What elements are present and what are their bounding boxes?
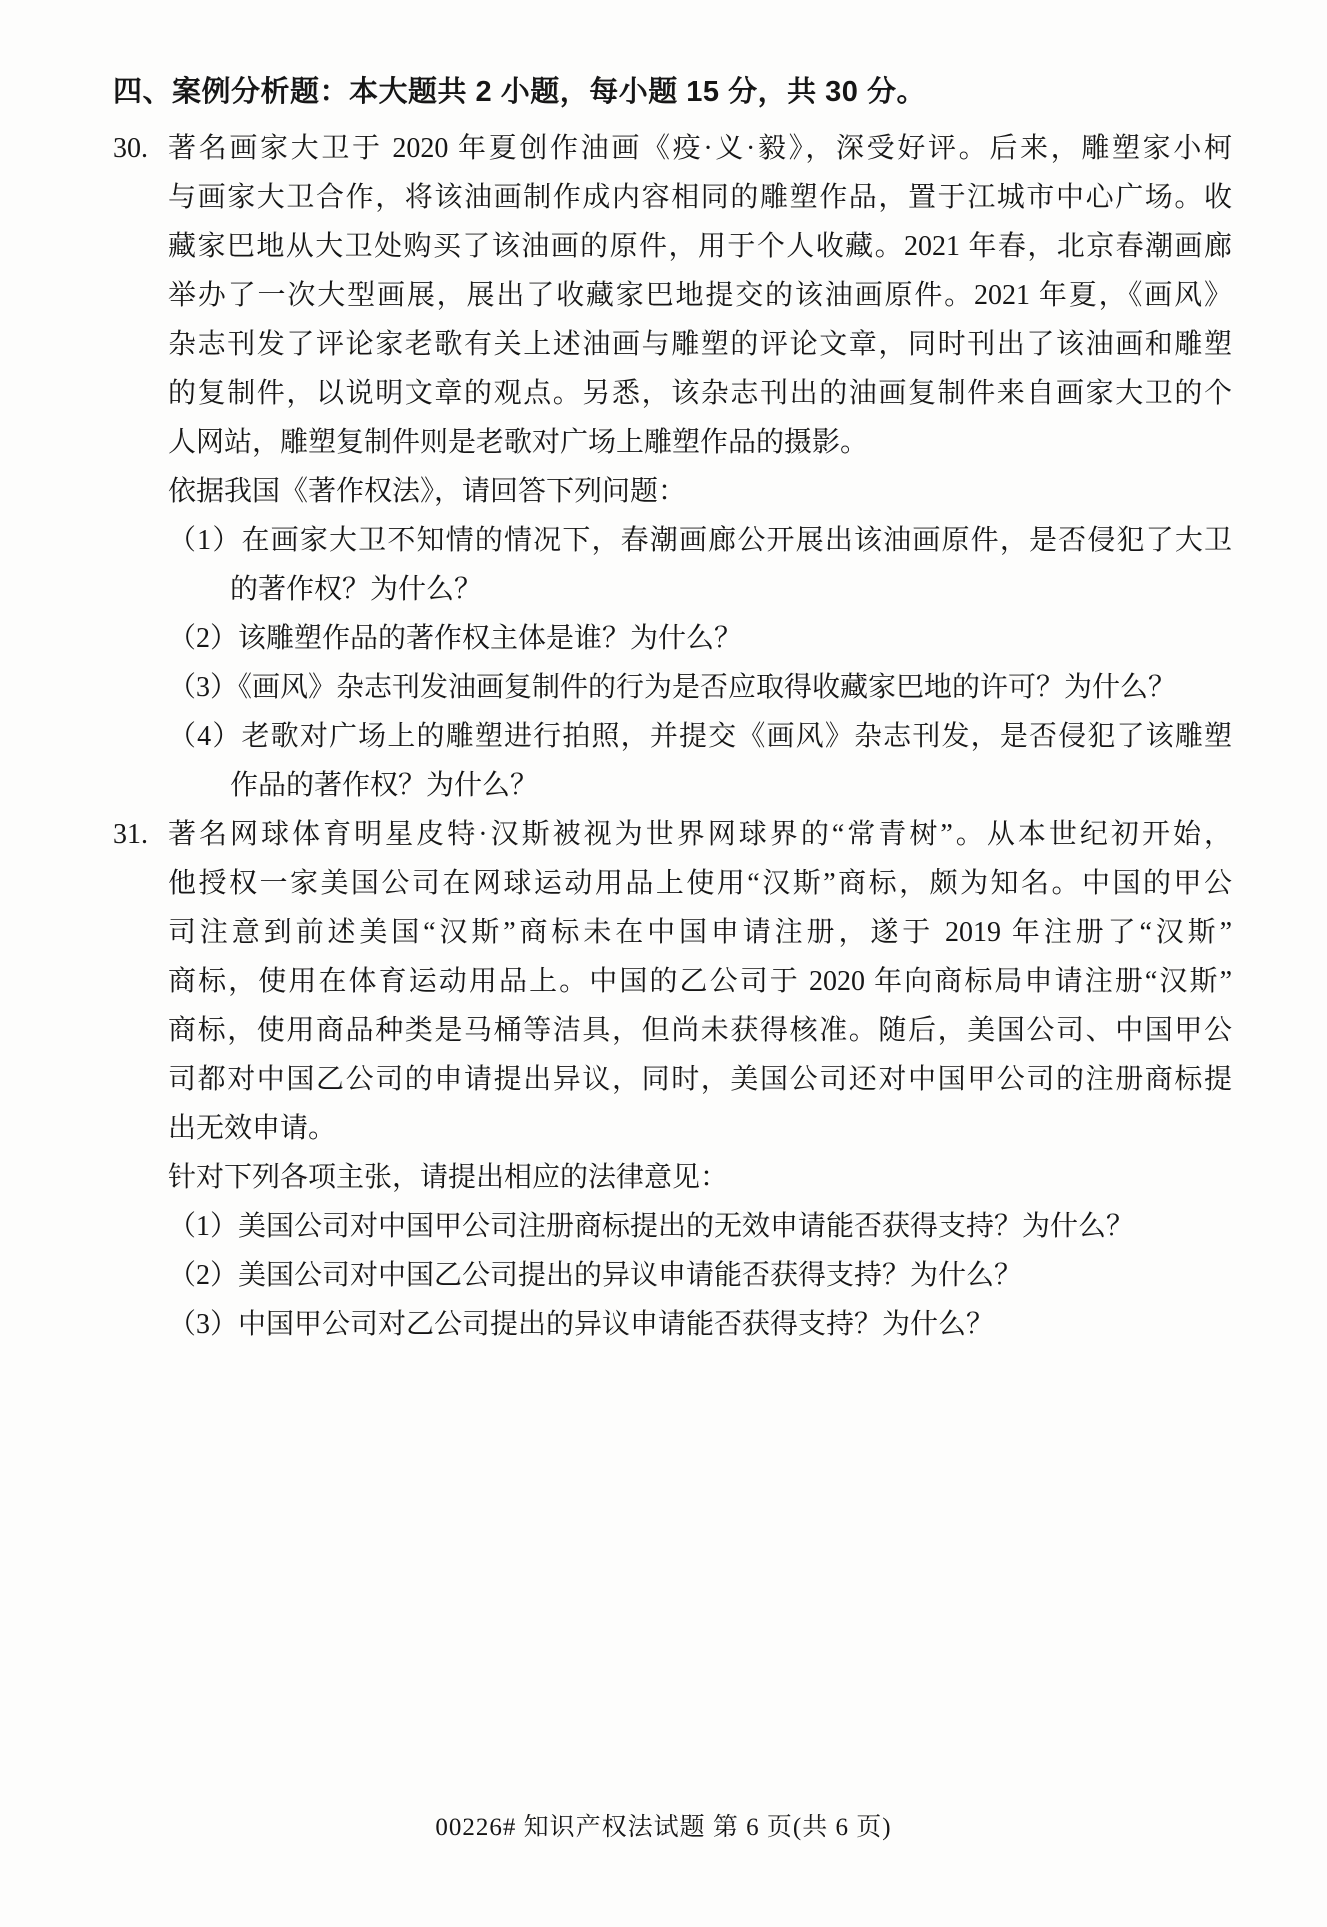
case-text-line: 与画家大卫合作，将该油画制作成内容相同的雕塑作品，置于江城市中心广场。收: [113, 173, 1232, 222]
question-number: 31.: [113, 810, 148, 859]
case-text-line: 杂志刊发了评论家老歌有关上述油画与雕塑的评论文章，同时刊出了该油画和雕塑: [113, 320, 1232, 369]
case-text-line: 人网站，雕塑复制件则是老歌对广场上雕塑作品的摄影。: [113, 418, 1232, 467]
case-text-line: 出无效申请。: [113, 1104, 1232, 1153]
case-text-line: 的复制件，以说明文章的观点。另悉，该杂志刊出的油画复制件来自画家大卫的个: [113, 369, 1232, 418]
case-text-line: 他授权一家美国公司在网球运动用品上使用“汉斯”商标，颇为知名。中国的甲公: [113, 859, 1232, 908]
case-text: 著名画家大卫于 2020 年夏创作油画《疫·义·毅》，深受好评。后来，雕塑家小柯: [168, 133, 1232, 164]
sub-question-line: （4）老歌对广场上的雕塑进行拍照，并提交《画风》杂志刊发，是否侵犯了该雕塑: [113, 712, 1232, 761]
question-number: 30.: [113, 124, 148, 173]
case-text-line: 31. 著名网球体育明星皮特·汉斯被视为世界网球界的“常青树”。从本世纪初开始，: [113, 810, 1232, 859]
sub-question-line: （3）《画风》杂志刊发油画复制件的行为是否应取得收藏家巴地的许可？为什么？: [113, 663, 1232, 712]
sub-question-line: （2）美国公司对中国乙公司提出的异议申请能否获得支持？为什么？: [113, 1251, 1232, 1300]
case-text-line: 商标，使用在体育运动用品上。中国的乙公司于 2020 年向商标局申请注册“汉斯”: [113, 957, 1232, 1006]
page-footer: 00226# 知识产权法试题 第 6 页(共 6 页): [0, 1808, 1327, 1848]
instruction-line: 依据我国《著作权法》，请回答下列问题：: [113, 467, 1232, 516]
page-content: 四、案例分析题：本大题共 2 小题，每小题 15 分，共 30 分。 30. 著…: [113, 66, 1232, 1349]
case-text-line: 司注意到前述美国“汉斯”商标未在中国申请注册，遂于 2019 年注册了“汉斯”: [113, 908, 1232, 957]
case-text-line: 藏家巴地从大卫处购买了该油画的原件，用于个人收藏。2021 年春，北京春潮画廊: [113, 222, 1232, 271]
case-text: 著名网球体育明星皮特·汉斯被视为世界网球界的“常青树”。从本世纪初开始，: [168, 819, 1232, 850]
sub-question-line: （1）美国公司对中国甲公司注册商标提出的无效申请能否获得支持？为什么？: [113, 1202, 1232, 1251]
case-text-line: 30. 著名画家大卫于 2020 年夏创作油画《疫·义·毅》，深受好评。后来，雕…: [113, 124, 1232, 173]
sub-question-line: 的著作权？为什么？: [113, 565, 1232, 614]
case-text-line: 商标，使用商品种类是马桶等洁具，但尚未获得核准。随后，美国公司、中国甲公: [113, 1006, 1232, 1055]
question-30: 30. 著名画家大卫于 2020 年夏创作油画《疫·义·毅》，深受好评。后来，雕…: [113, 124, 1232, 810]
section-heading: 四、案例分析题：本大题共 2 小题，每小题 15 分，共 30 分。: [113, 66, 1232, 118]
sub-question-line: 作品的著作权？为什么？: [113, 761, 1232, 810]
exam-page: 四、案例分析题：本大题共 2 小题，每小题 15 分，共 30 分。 30. 著…: [0, 0, 1327, 1927]
instruction-line: 针对下列各项主张，请提出相应的法律意见：: [113, 1153, 1232, 1202]
sub-question-line: （2）该雕塑作品的著作权主体是谁？为什么？: [113, 614, 1232, 663]
case-text-line: 举办了一次大型画展，展出了收藏家巴地提交的该油画原件。2021 年夏，《画风》: [113, 271, 1232, 320]
question-31: 31. 著名网球体育明星皮特·汉斯被视为世界网球界的“常青树”。从本世纪初开始，…: [113, 810, 1232, 1349]
case-text-line: 司都对中国乙公司的申请提出异议，同时，美国公司还对中国甲公司的注册商标提: [113, 1055, 1232, 1104]
sub-question-line: （1）在画家大卫不知情的情况下，春潮画廊公开展出该油画原件，是否侵犯了大卫: [113, 516, 1232, 565]
sub-question-line: （3）中国甲公司对乙公司提出的异议申请能否获得支持？为什么？: [113, 1300, 1232, 1349]
